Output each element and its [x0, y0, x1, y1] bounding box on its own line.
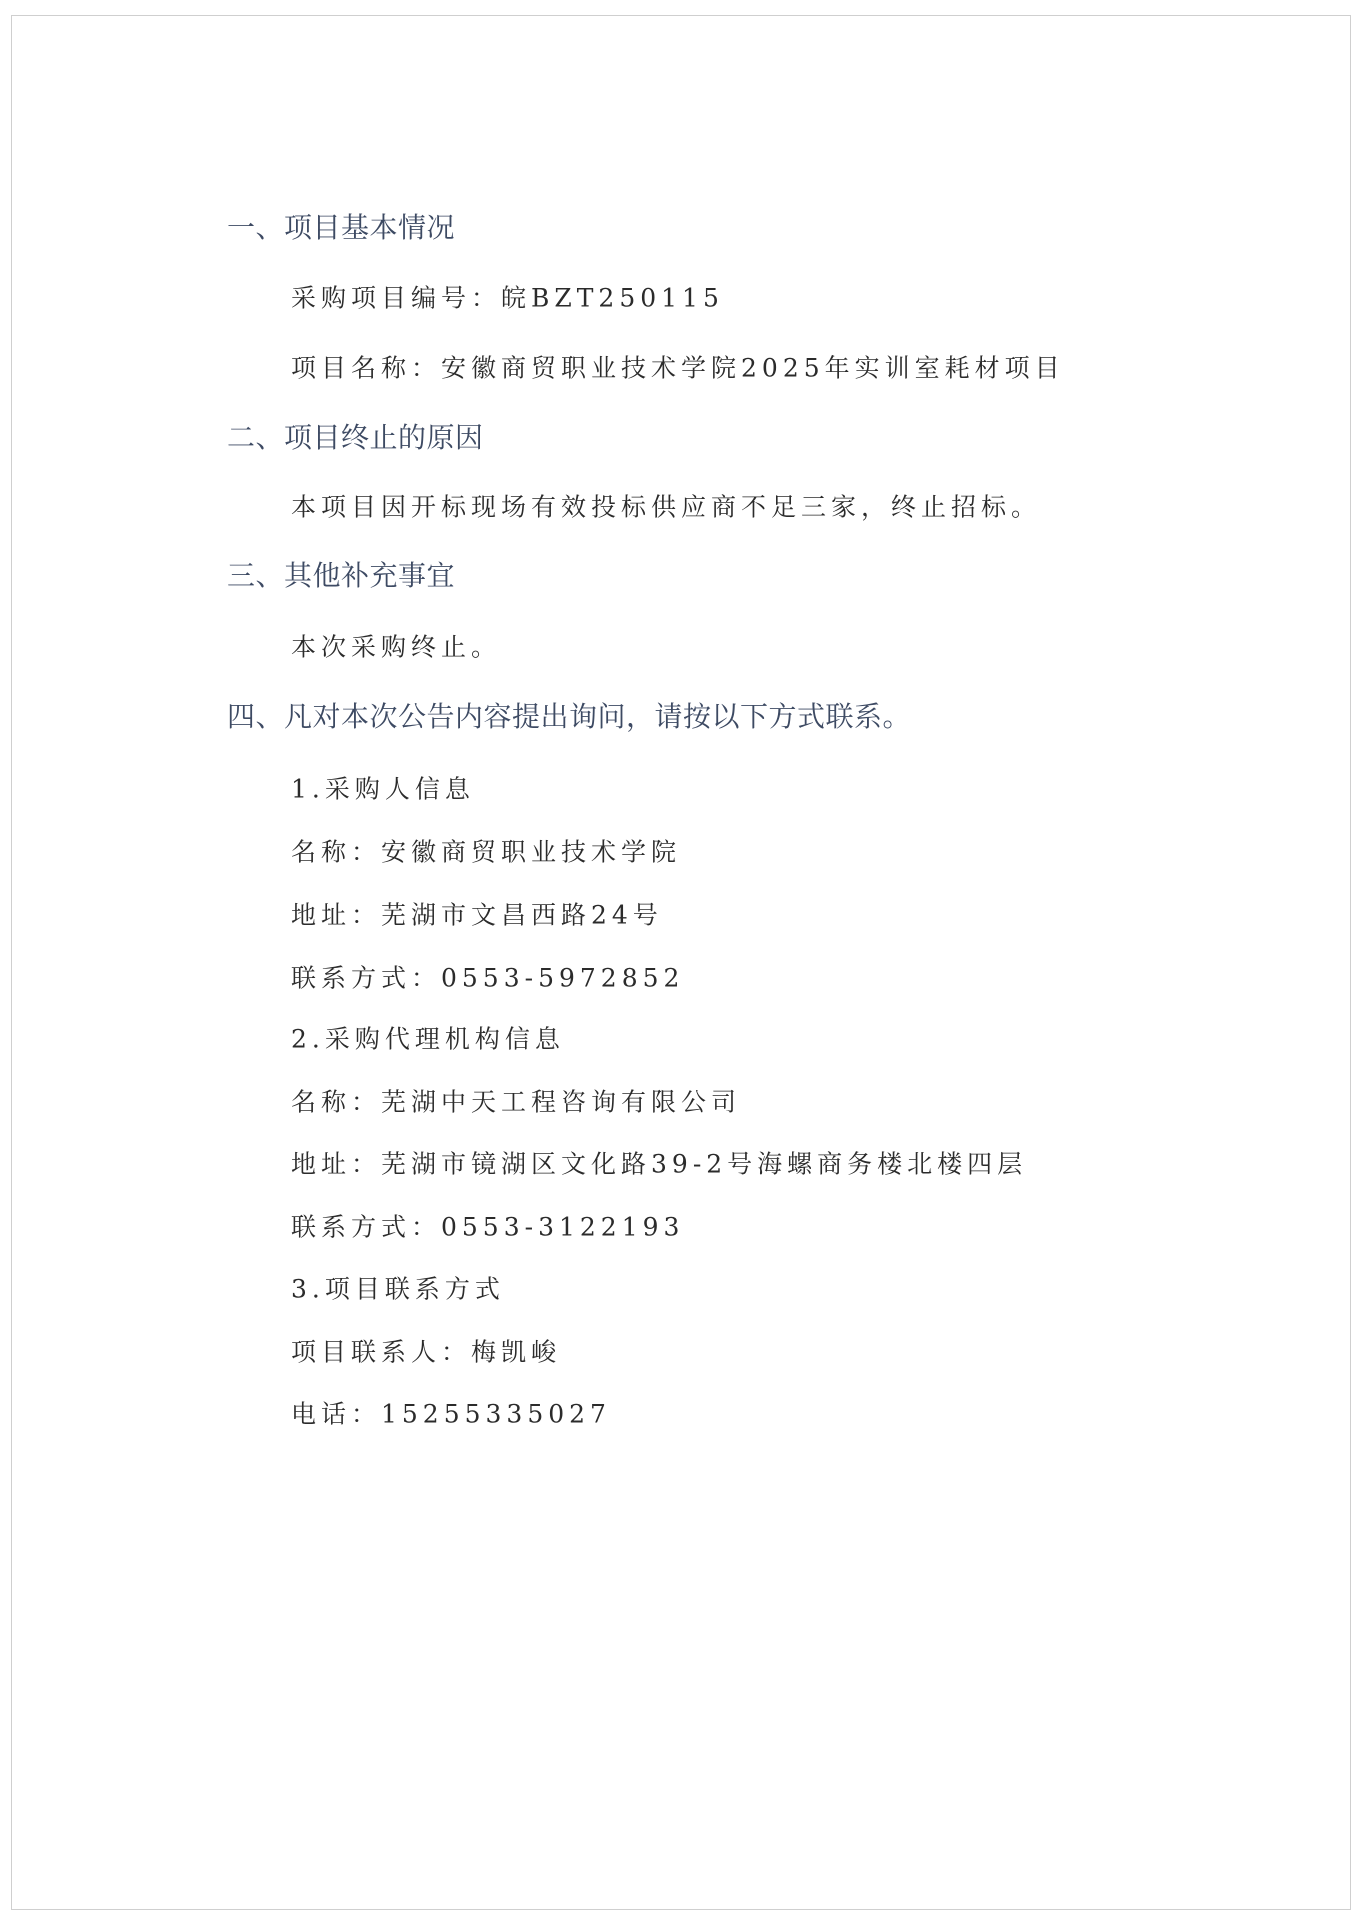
project-contact-person: 项目联系人：梅凯峻 — [291, 1340, 561, 1365]
section-heading-basic-info: 一、项目基本情况 — [227, 214, 455, 242]
section-heading-contact: 四、凡对本次公告内容提出询问，请按以下方式联系。 — [227, 703, 911, 731]
purchaser-address: 地址：芜湖市文昌西路24号 — [291, 903, 663, 928]
agency-phone: 联系方式：0553-3122193 — [291, 1215, 684, 1240]
project-contact-phone: 电话：15255335027 — [291, 1402, 611, 1427]
section-heading-other-matters: 三、其他补充事宜 — [227, 562, 455, 590]
purchaser-phone: 联系方式：0553-5972852 — [291, 966, 684, 991]
document-page: 一、项目基本情况 采购项目编号：皖BZT250115 项目名称：安徽商贸职业技术… — [11, 15, 1351, 1910]
project-number: 采购项目编号：皖BZT250115 — [291, 286, 724, 311]
termination-reason-text: 本项目因开标现场有效投标供应商不足三家，终止招标。 — [291, 495, 1041, 520]
other-matters-text: 本次采购终止。 — [291, 635, 501, 660]
agency-name: 名称：芜湖中天工程咨询有限公司 — [291, 1090, 741, 1115]
purchaser-name: 名称：安徽商贸职业技术学院 — [291, 840, 681, 865]
section-heading-termination-reason: 二、项目终止的原因 — [227, 424, 484, 452]
purchaser-info-label: 1.采购人信息 — [291, 777, 475, 802]
project-contact-label: 3.项目联系方式 — [291, 1277, 505, 1302]
agency-info-label: 2.采购代理机构信息 — [291, 1027, 565, 1052]
agency-address: 地址：芜湖市镜湖区文化路39-2号海螺商务楼北楼四层 — [291, 1152, 1027, 1177]
project-name: 项目名称：安徽商贸职业技术学院2025年实训室耗材项目 — [291, 356, 1065, 381]
